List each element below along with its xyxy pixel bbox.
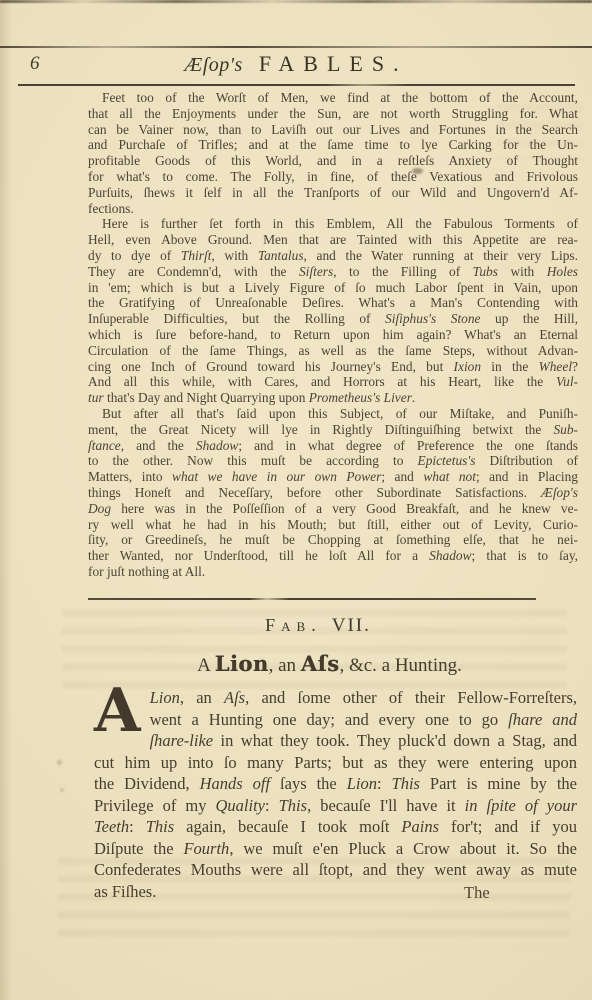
text-line: to the other. Now this muſt be according… — [88, 453, 578, 469]
page-top-edge-shadow — [0, 0, 592, 3]
text-line: which is ſure before-hand, to Return upo… — [88, 327, 578, 343]
ink-smudge — [60, 788, 64, 792]
running-title-italic: Æſop's — [184, 54, 242, 76]
text-line: ſity, or Greedineſs, he muſt be Chopping… — [88, 532, 578, 548]
text-line: fections. — [88, 201, 578, 217]
essay-paragraph: Here is further ſet forth in this Emblem… — [88, 216, 578, 406]
text-line: the Gratifying of Unreaſonable Deſires. … — [88, 295, 578, 311]
text-line: in 'em; which is but a Lively Figure of … — [88, 280, 578, 296]
text-line: cut him up into ſo many Parts; but as th… — [94, 752, 577, 774]
section-divider-rule — [88, 598, 536, 600]
text-line: Privilege of my Quality: This, becauſe I… — [94, 795, 577, 817]
text-line: for what's to come. The Folly, in fine, … — [88, 169, 578, 185]
text-line: for juſt nothing at All. — [88, 564, 578, 580]
text-line: ſhare-like in what they took. They pluck… — [94, 730, 577, 752]
text-line: Teeth: This again, becauſe I took moſt P… — [94, 816, 577, 838]
text-line: went a Hunting one day; and every one to… — [94, 709, 577, 731]
text-line: Matters, into what we have in our own Po… — [88, 469, 578, 485]
book-page: 6 Æſop'sFABLES. Feet too of the Worſt of… — [0, 0, 592, 1000]
text-line: dy to dye of Thirſt, with Tantalus, and … — [88, 248, 578, 264]
text-line: They are Condemn'd, with the Siſters, to… — [88, 264, 578, 280]
text-line: Here is further ſet forth in this Emblem… — [88, 216, 578, 232]
text-line: tur that's Day and Night Quarrying upon … — [88, 390, 578, 406]
text-line: But after all that's ſaid upon this Subj… — [88, 406, 578, 422]
header-top-rule — [0, 46, 592, 48]
text-line: the Dividend, Hands off ſays the Lion: T… — [94, 773, 577, 795]
text-line: ther Wanted, nor Underſtood, till he loſ… — [88, 548, 578, 564]
page-left-edge-shadow — [0, 0, 12, 1000]
running-title: Æſop'sFABLES. — [0, 51, 592, 77]
header-bottom-rule — [18, 84, 575, 86]
text-line: Hell, even Above Ground. Men that are Ta… — [88, 232, 578, 248]
essay-paragraph: But after all that's ſaid upon this Subj… — [88, 406, 578, 580]
bleedthrough-smudge — [498, 96, 584, 160]
text-line: Dog here was in the Poſſeſſion of a very… — [88, 501, 578, 517]
ink-smudge — [57, 760, 62, 765]
running-title-caps: FABLES. — [259, 51, 408, 76]
text-line: things Honeſt and Neceſſary, before othe… — [88, 485, 578, 501]
text-line: ſtance, and the Shadow; and in what degr… — [88, 438, 578, 454]
text-line: Purſuits, ſhews it ſelf in all the Tranſ… — [88, 185, 578, 201]
text-line: Inſuperable Difficulties, but the Rollin… — [88, 311, 578, 327]
bleedthrough-smudge — [62, 602, 567, 698]
bleedthrough-smudge — [58, 850, 570, 948]
essay-text: Feet too of the Worſt of Men, we find at… — [88, 90, 578, 580]
text-line: And all this while, with Cares, and Horr… — [88, 374, 578, 390]
text-line: cing one Inch of Ground toward his Journ… — [88, 359, 578, 375]
text-line: ry well what he had in his Mouth; but ſt… — [88, 517, 578, 533]
text-line: Circulation of the ſame Things, as well … — [88, 343, 578, 359]
ink-smudge — [412, 168, 423, 174]
text-line: ment, the Great Nicety will lye in Right… — [88, 422, 578, 438]
